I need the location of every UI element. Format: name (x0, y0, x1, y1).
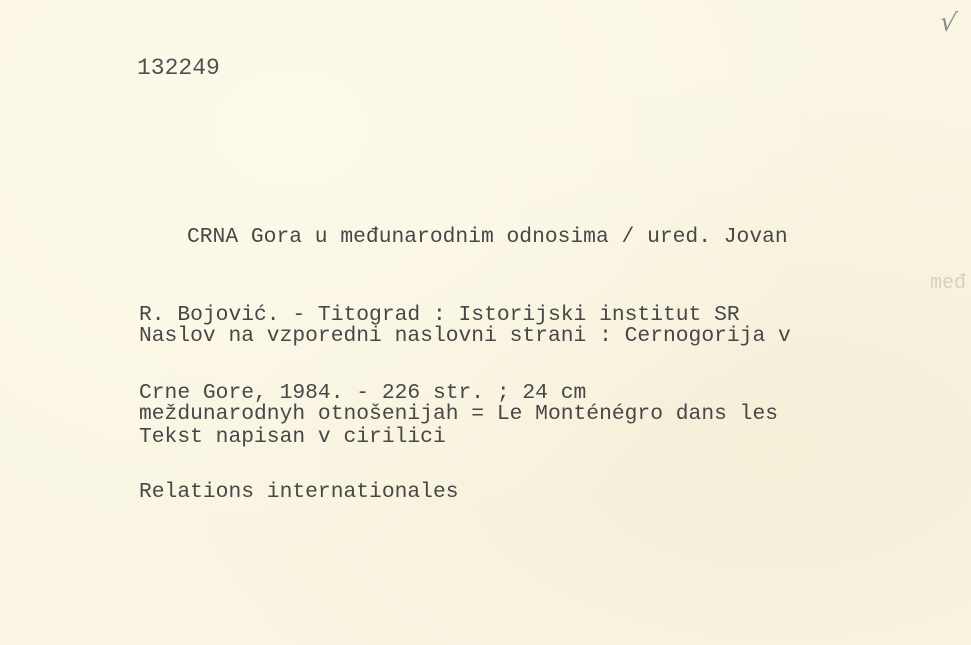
check-mark-icon: √ (938, 7, 959, 39)
entry-line-title: CRNA Gora u međunarodnim odnosima / ured… (139, 224, 788, 250)
note-line-1: Naslov na vzporedni naslovni strani : Ce… (139, 323, 791, 349)
bleed-through-text: međ (930, 272, 966, 295)
accession-number: 132249 (137, 55, 220, 81)
catalog-card: 132249 √ CRNA Gora u međunarodnim odnosi… (0, 0, 971, 645)
script-note: Tekst napisan v cirilici (139, 372, 446, 502)
script-note-line: Tekst napisan v cirilici (139, 424, 446, 450)
